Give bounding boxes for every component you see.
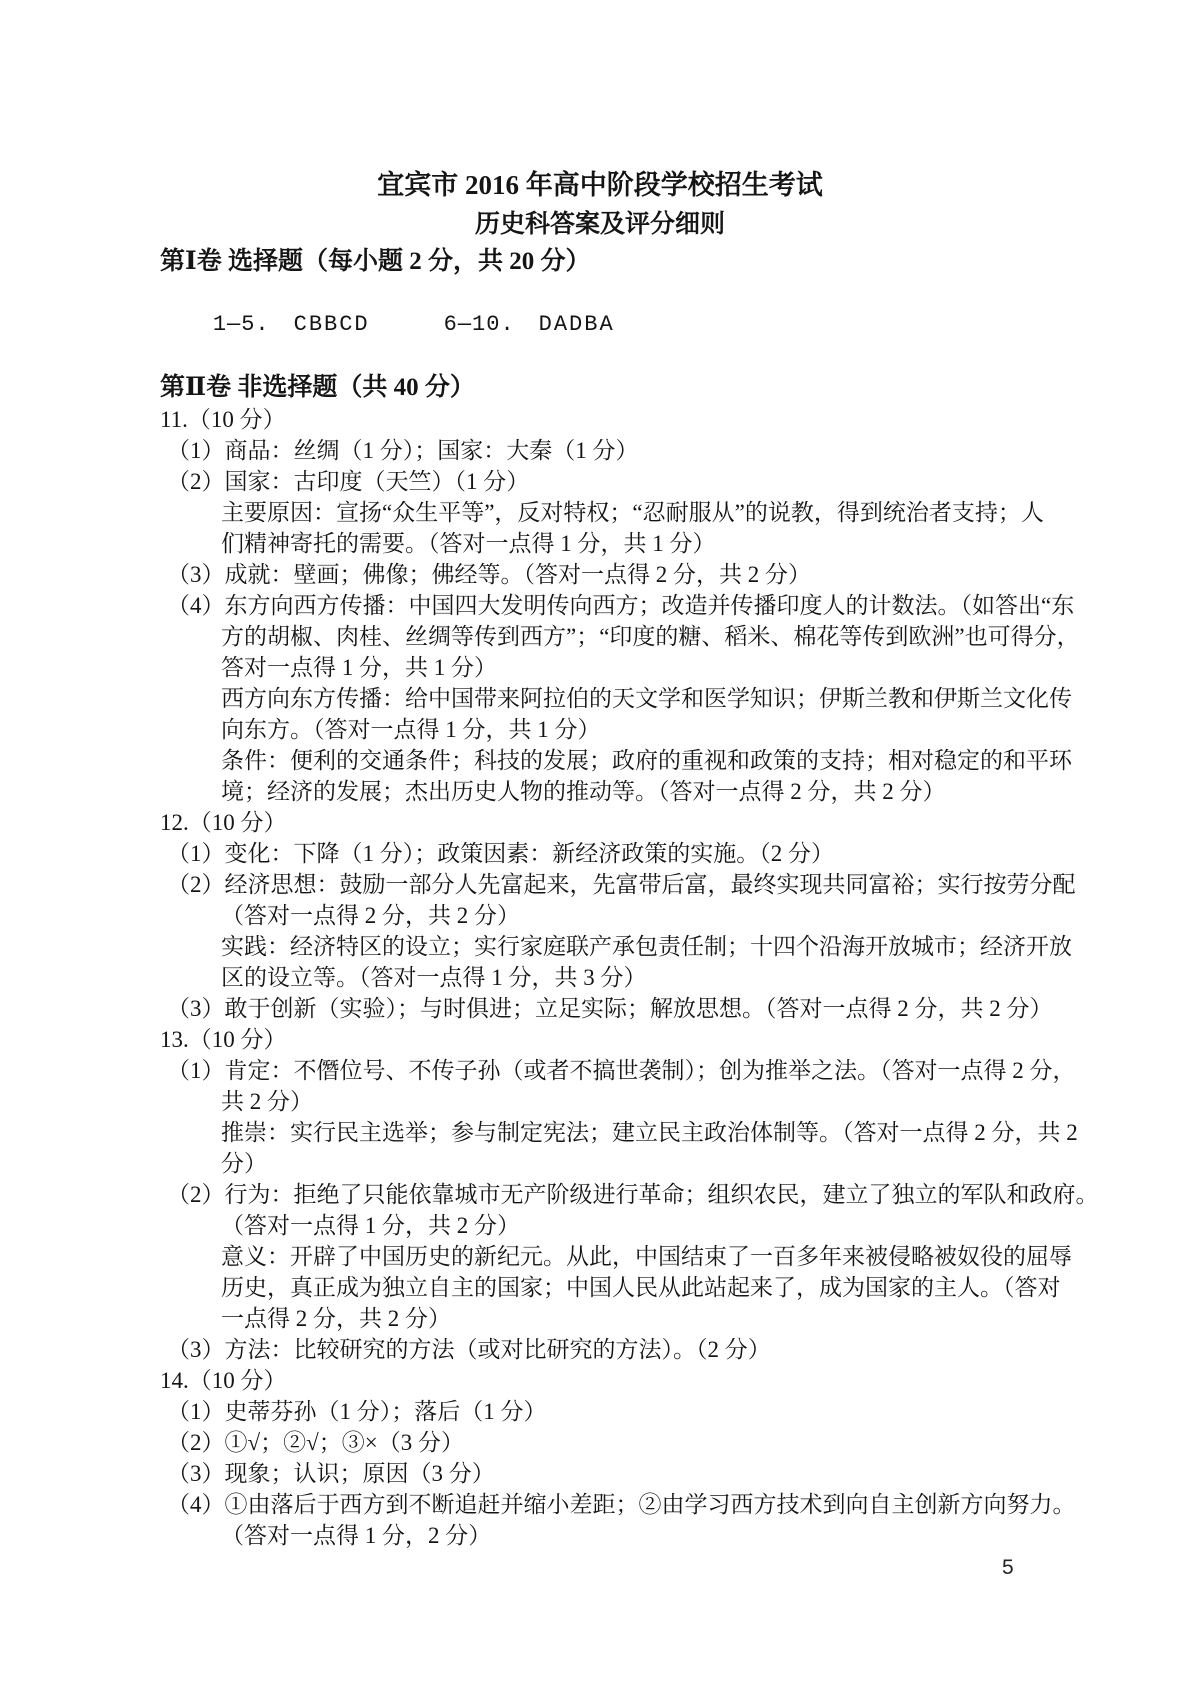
doc-line: 11.（10 分） (160, 404, 1200, 435)
multiple-choice-answers-row: 1—5.CBBCD6—10.DADBA (160, 278, 1200, 371)
doc-line: 境；经济的发展；杰出历史人物的推动等。（答对一点得 2 分，共 2 分） (221, 776, 1200, 807)
doc-line: （1）变化：下降（1 分）；政策因素：新经济政策的实施。（2 分） (167, 838, 1200, 869)
answer-lines-container: 11.（10 分）（1）商品：丝绸（1 分）；国家：大秦（1 分）（2）国家：古… (0, 404, 1200, 1551)
doc-line: （答对一点得 1 分，共 2 分） (221, 1210, 1200, 1241)
doc-line: 向东方。（答对一点得 1 分，共 1 分） (221, 714, 1200, 745)
doc-line: 一点得 2 分，共 2 分） (221, 1303, 1200, 1334)
doc-line: 们精神寄托的需要。（答对一点得 1 分，共 1 分） (221, 528, 1200, 559)
doc-line: （2）行为：拒绝了只能依靠城市无产阶级进行革命；组织农民，建立了独立的军队和政府… (167, 1179, 1200, 1210)
doc-line: （4）东方向西方传播：中国四大发明传向西方；改造并传播印度人的计数法。（如答出“… (167, 590, 1200, 621)
doc-line: 共 2 分） (221, 1086, 1200, 1117)
doc-line: （3）方法：比较研究的方法（或对比研究的方法）。（2 分） (167, 1334, 1200, 1365)
doc-line: 14.（10 分） (160, 1365, 1200, 1396)
doc-line: （1）肯定：不僭位号、不传子孙（或者不搞世袭制）；创为推举之法。（答对一点得 2… (167, 1055, 1200, 1086)
doc-line: 条件：便利的交通条件；科技的发展；政府的重视和政策的支持；相对稳定的和平环 (221, 745, 1200, 776)
answer-range-label-6-10: 6—10. (444, 312, 515, 337)
answer-range-label-1-5: 1—5. (213, 312, 270, 337)
doc-line: （1）史蒂芬孙（1 分）；落后（1 分） (167, 1396, 1200, 1427)
doc-line: 13.（10 分） (160, 1024, 1200, 1055)
doc-line: （3）现象；认识；原因（3 分） (167, 1458, 1200, 1489)
answer-letters-1-5: CBBCD (294, 312, 370, 337)
doc-line: 区的设立等。（答对一点得 1 分，共 3 分） (221, 962, 1200, 993)
doc-line: 分） (221, 1148, 1200, 1179)
doc-line: 方的胡椒、肉桂、丝绸等传到西方”；“印度的糖、稻米、棉花等传到欧洲”也可得分， (221, 621, 1200, 652)
doc-line: （2）国家：古印度（天竺）（1 分） (167, 466, 1200, 497)
doc-line: 答对一点得 1 分，共 1 分） (221, 652, 1200, 683)
doc-line: （答对一点得 2 分，共 2 分） (221, 900, 1200, 931)
doc-line: 推崇：实行民主选举；参与制定宪法；建立民主政治体制等。（答对一点得 2 分，共 … (221, 1117, 1200, 1148)
answer-letters-6-10: DADBA (539, 312, 615, 337)
doc-line: （2）①√；②√；③×（3 分） (167, 1427, 1200, 1458)
doc-line: （答对一点得 1 分，2 分） (221, 1520, 1200, 1551)
doc-line: 实践：经济特区的设立；实行家庭联产承包责任制；十四个沿海开放城市；经济开放 (221, 931, 1200, 962)
doc-line: （1）商品：丝绸（1 分）；国家：大秦（1 分） (167, 435, 1200, 466)
doc-line: 历史，真正成为独立自主的国家；中国人民从此站起来了，成为国家的主人。（答对 (221, 1272, 1200, 1303)
section1-heading: 第Ⅰ卷 选择题（每小题 2 分，共 20 分） (160, 245, 1200, 278)
doc-line: （4）①由落后于西方到不断追赶并缩小差距；②由学习西方技术到向自主创新方向努力。 (167, 1489, 1200, 1520)
doc-line: 西方向东方传播：给中国带来阿拉伯的天文学和医学知识；伊斯兰教和伊斯兰文化传 (221, 683, 1200, 714)
document-subtitle: 历史科答案及评分细则 (160, 205, 1040, 245)
page-number: 5 (1002, 1556, 1014, 1580)
doc-line: 12.（10 分） (160, 807, 1200, 838)
doc-line: （3）成就：壁画；佛像；佛经等。（答对一点得 2 分，共 2 分） (167, 559, 1200, 590)
doc-line: （3）敢于创新（实验）；与时俱进；立足实际；解放思想。（答对一点得 2 分，共 … (167, 993, 1200, 1024)
section2-heading: 第Ⅱ卷 非选择题（共 40 分） (160, 371, 1200, 404)
document-title: 宜宾市 2016 年高中阶段学校招生考试 (160, 165, 1040, 205)
doc-line: 主要原因：宣扬“众生平等”，反对特权；“忍耐服从”的说教，得到统治者支持；人 (221, 497, 1200, 528)
exam-answer-key-page: 宜宾市 2016 年高中阶段学校招生考试 历史科答案及评分细则 第Ⅰ卷 选择题（… (0, 0, 1200, 1698)
doc-line: 意义：开辟了中国历史的新纪元。从此，中国结束了一百多年来被侵略被奴役的屈辱 (221, 1241, 1200, 1272)
doc-line: （2）经济思想：鼓励一部分人先富起来，先富带后富，最终实现共同富裕；实行按劳分配 (167, 869, 1200, 900)
